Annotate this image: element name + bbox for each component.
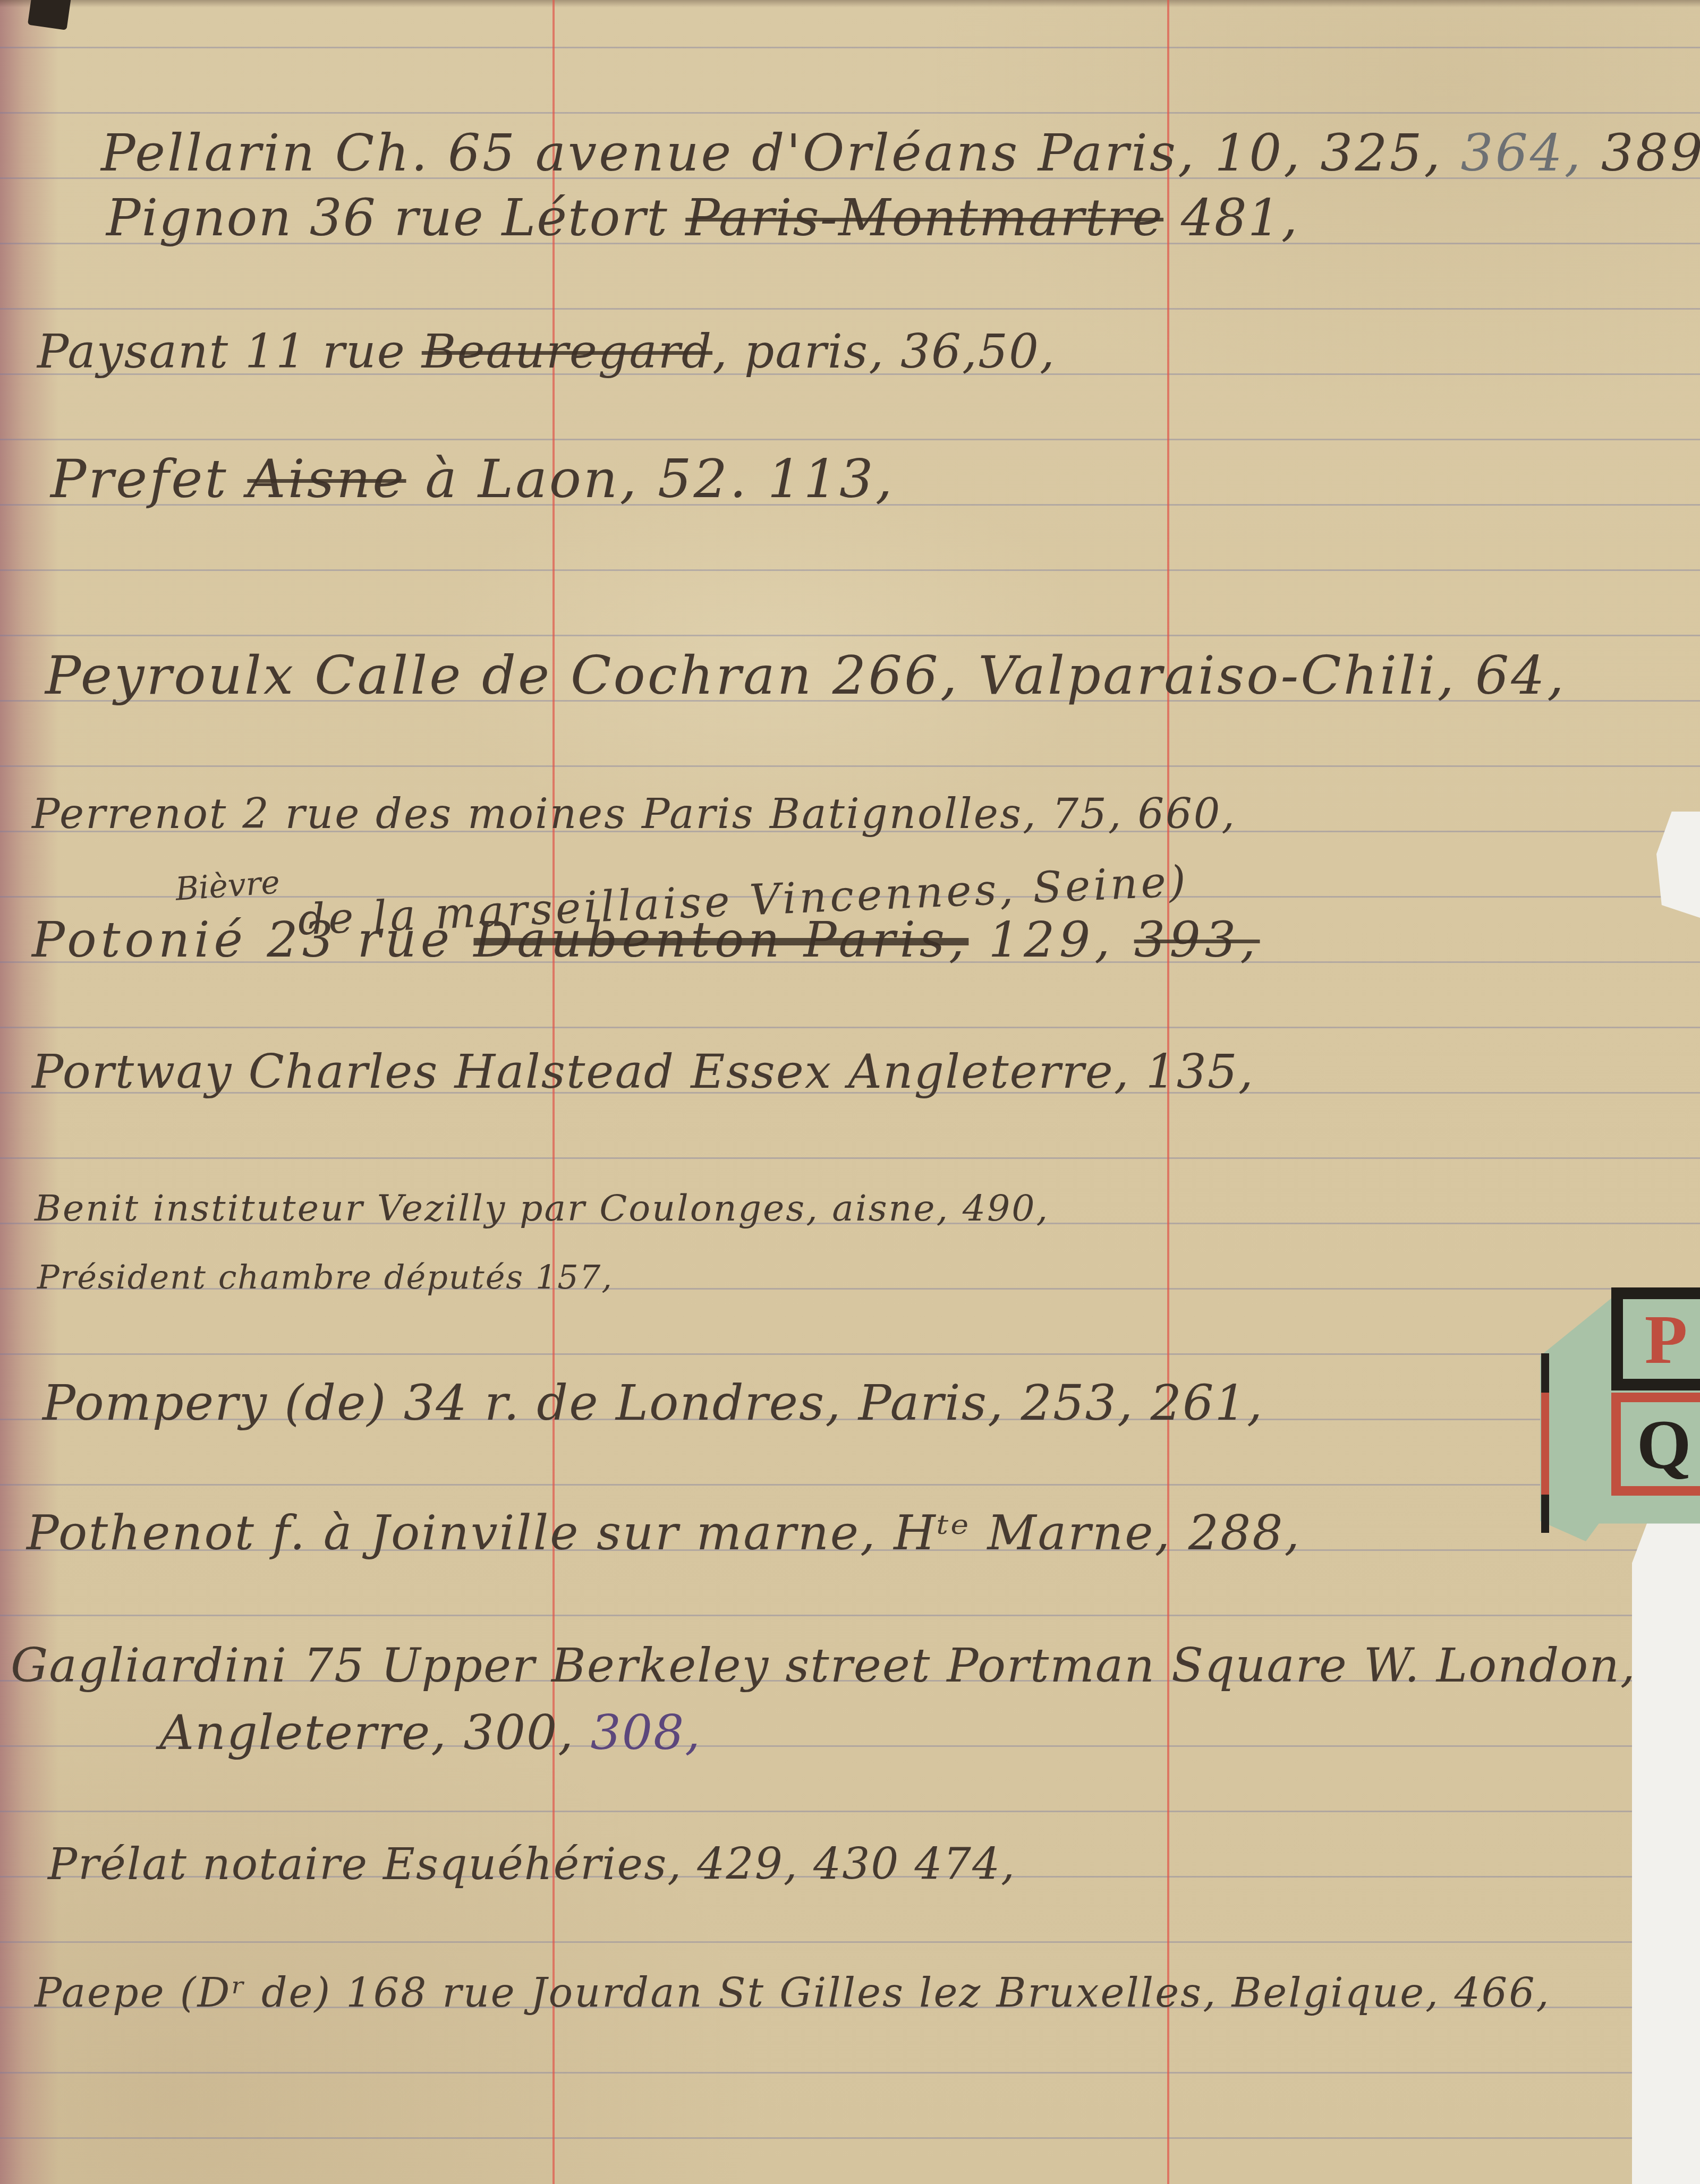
entry-text: Paysant 11 rue bbox=[37, 324, 422, 379]
entry-text: 389, bbox=[1583, 123, 1700, 183]
entry-pellarin: Pellarin Ch. 65 avenue d'Orléans Paris, … bbox=[101, 127, 1700, 178]
entry-text: Portway Charles Halstead Essex Angleterr… bbox=[32, 1044, 1254, 1099]
entry-pothenot: Pothenot f. à Joinville sur marne, Hᵗᵉ M… bbox=[27, 1509, 1301, 1557]
tab-letter-q: Q bbox=[1637, 1404, 1691, 1485]
entry-text: Benit instituteur Vezilly par Coulonges,… bbox=[35, 1188, 1049, 1230]
entry-text: Paepe (Dʳ de) 168 rue Jourdan St Gilles … bbox=[35, 1969, 1551, 2016]
page-right-edge-background bbox=[1632, 1523, 1700, 2184]
entry-text: Pignon 36 rue Létort bbox=[106, 188, 685, 248]
entry-text-violet: 308, bbox=[591, 1705, 701, 1761]
entry-text: Potonié 23 rue bbox=[32, 911, 474, 968]
entry-text: Prélat notaire Esquéhéries, 429, 430 474… bbox=[48, 1839, 1016, 1890]
entry-text: Prefet bbox=[50, 448, 247, 510]
entry-text-struck: 393, bbox=[1134, 911, 1260, 968]
tab-edge-red bbox=[1541, 1393, 1549, 1495]
entry-text: Président chambre députés 157, bbox=[37, 1258, 613, 1296]
entry-text-pencil: 364, bbox=[1461, 123, 1583, 183]
entry-prelat: Prélat notaire Esquéhéries, 429, 430 474… bbox=[48, 1843, 1016, 1887]
entry-text: Perrenot 2 rue des moines Paris Batignol… bbox=[32, 790, 1236, 838]
top-left-ink-mark bbox=[28, 0, 71, 30]
entry-text-struck: Daubenton Paris, bbox=[474, 911, 969, 968]
entry-pignon: Pignon 36 rue Létort Paris-Montmartre 48… bbox=[106, 192, 1298, 243]
entry-benit: Benit instituteur Vezilly par Coulonges,… bbox=[35, 1191, 1049, 1227]
entry-text: , paris, 36,50, bbox=[712, 324, 1056, 379]
entry-pompery: Pompery (de) 34 r. de Londres, Paris, 25… bbox=[42, 1379, 1263, 1428]
entry-gagliardini-line1: Gagliardini 75 Upper Berkeley street Por… bbox=[11, 1642, 1636, 1689]
entry-prefet: Prefet Aisne à Laon, 52. 113, bbox=[50, 453, 894, 506]
page-top-edge-shadow bbox=[0, 0, 1700, 7]
entry-text-struck: Beauregard bbox=[422, 324, 712, 379]
entry-text: Peyroulx Calle de Cochran 266, Valparais… bbox=[45, 644, 1566, 706]
tab-edge-black-top bbox=[1541, 1353, 1549, 1393]
entry-text: à Laon, 52. 113, bbox=[406, 448, 895, 510]
tab-letter-p-box: P bbox=[1611, 1287, 1700, 1390]
entry-text: Angleterre, 300, bbox=[159, 1705, 591, 1761]
entry-text: Gagliardini 75 Upper Berkeley street Por… bbox=[11, 1638, 1636, 1693]
entry-potonie: Potonié 23 rue Daubenton Paris, 129, 393… bbox=[32, 916, 1260, 965]
entry-text: Pellarin Ch. 65 avenue d'Orléans Paris, … bbox=[101, 123, 1461, 183]
entry-text-struck: Paris-Montmartre bbox=[685, 188, 1163, 248]
entry-text: 129, bbox=[968, 911, 1134, 968]
alphabet-tab-pq: P Q bbox=[1537, 1287, 1700, 1541]
tab-edge-black-bottom bbox=[1541, 1495, 1549, 1533]
entry-paepe: Paepe (Dʳ de) 168 rue Jourdan St Gilles … bbox=[35, 1973, 1551, 2013]
entry-potonie-annotation-name: Bièvre bbox=[174, 866, 281, 906]
entry-text-struck: Aisne bbox=[247, 448, 406, 510]
entry-text: Bièvre bbox=[174, 864, 281, 908]
entry-text: Pompery (de) 34 r. de Londres, Paris, 25… bbox=[42, 1375, 1263, 1431]
tab-letter-q-box: Q bbox=[1611, 1393, 1700, 1496]
entry-gagliardini-line2: Angleterre, 300, 308, bbox=[159, 1709, 701, 1757]
entry-president: Président chambre députés 157, bbox=[37, 1261, 613, 1294]
entry-peyroulx: Peyroulx Calle de Cochran 266, Valparais… bbox=[45, 649, 1566, 702]
entry-portway: Portway Charles Halstead Essex Angleterr… bbox=[32, 1048, 1254, 1095]
entry-text: 481, bbox=[1163, 188, 1298, 248]
entry-text: Pothenot f. à Joinville sur marne, Hᵗᵉ M… bbox=[27, 1505, 1301, 1561]
entry-paysant: Paysant 11 rue Beauregard, paris, 36,50, bbox=[37, 328, 1056, 375]
tab-letter-p: P bbox=[1645, 1299, 1688, 1380]
entry-perrenot: Perrenot 2 rue des moines Paris Batignol… bbox=[32, 794, 1236, 835]
scanned-ledger-page: Pellarin Ch. 65 avenue d'Orléans Paris, … bbox=[0, 0, 1700, 2184]
